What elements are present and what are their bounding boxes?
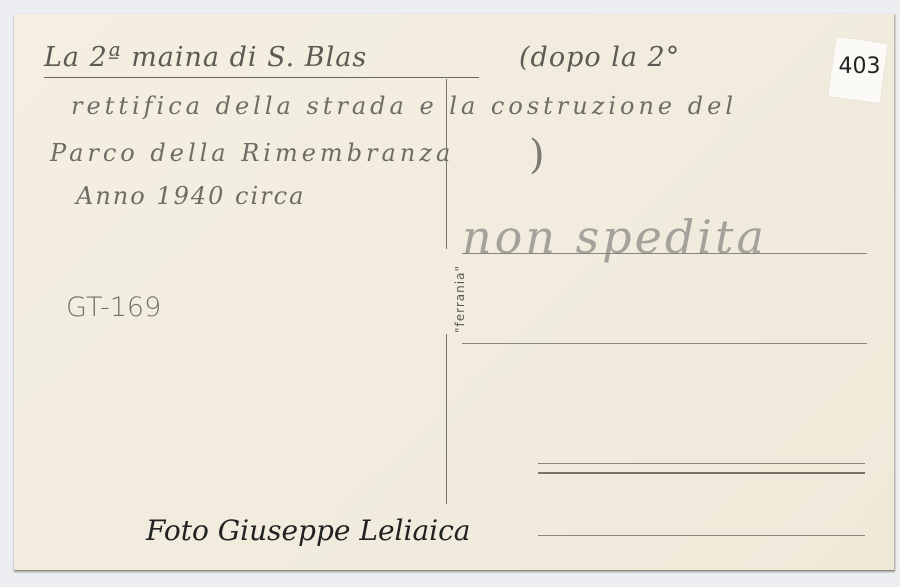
postcard-back: La 2ª maina di S. Blas (dopo la 2° retti… xyxy=(14,14,895,571)
closing-parenthesis: ) xyxy=(529,132,546,178)
archive-number-label: 403 xyxy=(828,37,888,104)
caption-line-3: Parco della Rimembranza xyxy=(50,139,454,167)
caption-line-1-continued: (dopo la 2° xyxy=(519,42,680,73)
photographer-signature: Foto Giuseppe Leliaica xyxy=(146,514,470,547)
caption-date: Anno 1940 circa xyxy=(76,182,305,210)
inventory-code: GT-169 xyxy=(66,292,161,323)
address-line xyxy=(462,253,867,254)
address-line xyxy=(538,463,865,464)
address-line xyxy=(538,472,865,474)
pencil-note: non spedita xyxy=(462,210,767,264)
caption-line-2: rettifica della strada e la costruzione … xyxy=(71,92,737,120)
archive-number: 403 xyxy=(838,54,880,79)
address-line xyxy=(462,343,867,344)
caption-underline xyxy=(44,77,479,78)
caption-line-1: La 2ª maina di S. Blas xyxy=(44,42,367,73)
printed-brand: "ferrania" xyxy=(453,259,467,339)
center-divider-top xyxy=(446,79,447,249)
center-divider-bottom xyxy=(446,334,447,504)
caption-title: La 2ª maina di S. Blas xyxy=(44,42,367,73)
address-line xyxy=(538,535,865,536)
